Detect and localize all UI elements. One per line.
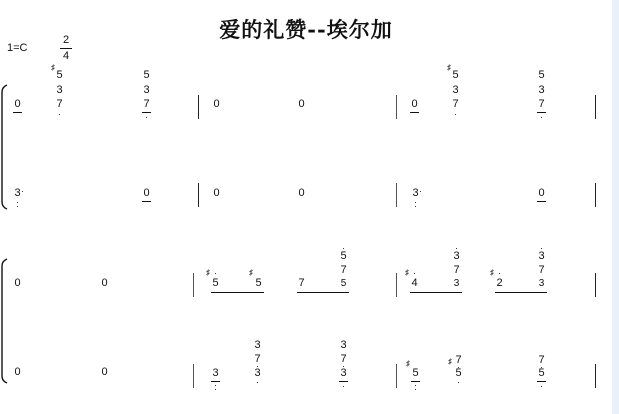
barline bbox=[396, 364, 397, 388]
barline bbox=[396, 183, 397, 207]
augmentation-dot: · bbox=[419, 186, 422, 196]
time-signature-numerator: 2 bbox=[60, 34, 72, 49]
low-dot: · bbox=[451, 112, 460, 116]
note: 3 bbox=[452, 251, 461, 262]
note: 2 bbox=[495, 278, 504, 289]
note: 5 bbox=[537, 70, 546, 81]
score-title: 爱的礼赞--埃尔加 bbox=[0, 14, 612, 44]
note: 5 bbox=[55, 70, 64, 81]
note: 7 bbox=[142, 99, 151, 110]
sharp-icon: ♯ bbox=[206, 269, 210, 277]
note: 3 bbox=[253, 340, 262, 351]
low-dot: · bbox=[411, 387, 420, 391]
sharp-icon: ♯ bbox=[405, 269, 409, 277]
note-rest: 0 bbox=[212, 99, 221, 110]
barline bbox=[595, 273, 596, 297]
beam-line bbox=[495, 292, 547, 293]
key-signature: 1=C bbox=[7, 42, 28, 54]
note: 3 bbox=[211, 368, 220, 379]
note: 5 bbox=[537, 368, 546, 379]
low-dot: · bbox=[55, 112, 64, 116]
low-dot: · bbox=[339, 384, 348, 388]
note: 5 bbox=[211, 278, 220, 289]
time-signature: 2 4 bbox=[60, 34, 72, 63]
barline bbox=[198, 183, 199, 207]
low-dot: · bbox=[13, 204, 22, 208]
time-signature-denominator: 4 bbox=[60, 49, 72, 63]
beam-line bbox=[297, 292, 349, 293]
note: 3 bbox=[537, 85, 546, 96]
note: 3 bbox=[55, 85, 64, 96]
note: 7 bbox=[339, 265, 348, 276]
note: 7 bbox=[297, 278, 306, 289]
sharp-icon: ♯ bbox=[406, 360, 410, 368]
barline bbox=[396, 273, 397, 297]
note-rest: 0 bbox=[13, 367, 22, 378]
note: 5 bbox=[339, 278, 348, 289]
system-brace-icon bbox=[0, 258, 8, 384]
note-rest: 0 bbox=[297, 188, 306, 199]
sharp-icon: ♯ bbox=[448, 358, 452, 366]
high-dot: · bbox=[211, 271, 220, 275]
high-dot: · bbox=[495, 271, 504, 275]
barline bbox=[193, 364, 194, 388]
low-dot: · bbox=[454, 380, 463, 384]
beam-line bbox=[410, 292, 462, 293]
note-rest: 0 bbox=[297, 99, 306, 110]
low-dot: · bbox=[142, 115, 151, 119]
note-rest: 0 bbox=[410, 99, 419, 110]
note-rest: 0 bbox=[537, 188, 546, 199]
score-page: 爱的礼赞--埃尔加 1=C 2 4 0 ♯ 5 3 7 · 5 3 7 · 0 … bbox=[0, 0, 612, 414]
note: 3 bbox=[452, 278, 461, 289]
note: 7 bbox=[537, 99, 546, 110]
note: 5 bbox=[142, 70, 151, 81]
sharp-icon: ♯ bbox=[249, 269, 253, 277]
note: 7 bbox=[537, 265, 546, 276]
note: 4 bbox=[410, 278, 419, 289]
note-rest: 0 bbox=[13, 278, 22, 289]
note: 3 bbox=[339, 340, 348, 351]
system-brace-icon bbox=[0, 84, 8, 210]
augmentation-dot: · bbox=[21, 186, 24, 196]
barline bbox=[595, 364, 596, 388]
right-gutter bbox=[612, 0, 619, 414]
low-dot: · bbox=[537, 115, 546, 119]
note-rest: 0 bbox=[100, 367, 109, 378]
note-rest: 0 bbox=[212, 188, 221, 199]
note: 3 bbox=[537, 251, 546, 262]
barline bbox=[595, 183, 596, 207]
low-dot: · bbox=[253, 380, 262, 384]
note-rest: 0 bbox=[142, 188, 151, 199]
note: 3 bbox=[451, 85, 460, 96]
barline bbox=[193, 273, 194, 297]
low-dot: · bbox=[411, 204, 420, 208]
beam-line bbox=[211, 292, 264, 293]
note: 5 bbox=[451, 70, 460, 81]
note: 5 bbox=[339, 251, 348, 262]
note: 7 bbox=[452, 265, 461, 276]
note: 5 bbox=[254, 278, 263, 289]
note: 3 bbox=[142, 85, 151, 96]
barline bbox=[198, 95, 199, 119]
note: 3 bbox=[339, 368, 348, 379]
high-dot: · bbox=[410, 271, 419, 275]
note: 3 bbox=[537, 278, 546, 289]
low-dot: · bbox=[211, 387, 220, 391]
low-dot: · bbox=[537, 384, 546, 388]
sharp-icon: ♯ bbox=[490, 269, 494, 277]
note-rest: 0 bbox=[13, 99, 22, 110]
barline bbox=[595, 95, 596, 119]
note: 5 bbox=[411, 368, 420, 379]
note-rest: 0 bbox=[100, 278, 109, 289]
barline bbox=[396, 95, 397, 119]
